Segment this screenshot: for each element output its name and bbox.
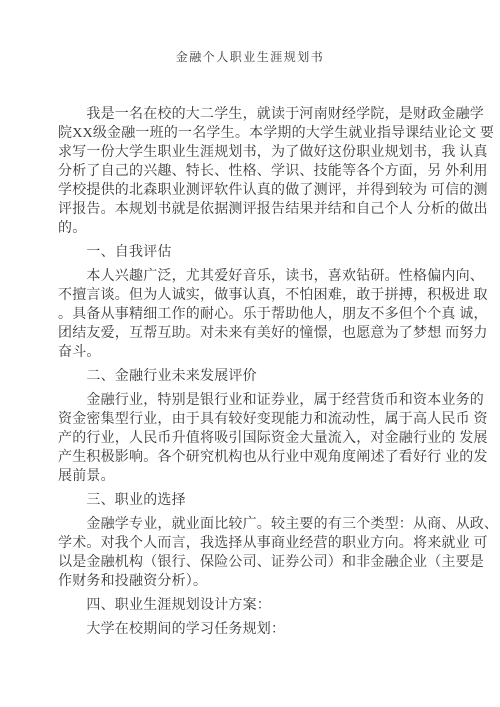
document-title: 金融个人职业生涯规划书 bbox=[0, 0, 500, 64]
intro-paragraph: 我是一名在校的大二学生，就读于河南财经学院，是财政金融学 院XX级金融一班的一名… bbox=[58, 105, 458, 238]
self-assessment-paragraph: 本人兴趣广泛，尤其爱好音乐，读书，喜欢钻研。性格偏内向、 不擅言谈。但为人诚实，… bbox=[58, 267, 458, 362]
career-choice-paragraph: 金融学专业，就业面比较广。较主要的有三个类型：从商、从政、 学术。对我个人而言，… bbox=[58, 515, 458, 591]
document-page: 金融个人职业生涯规划书 我是一名在校的大二学生，就读于河南财经学院，是财政金融学… bbox=[0, 0, 500, 707]
document-body: 我是一名在校的大二学生，就读于河南财经学院，是财政金融学 院XX级金融一班的一名… bbox=[58, 105, 458, 639]
section-heading-career-choice: 三、职业的选择 bbox=[58, 491, 458, 510]
study-plan-line: 大学在校期间的学习任务规划： bbox=[58, 620, 458, 639]
section-heading-self-assessment: 一、自我评估 bbox=[58, 243, 458, 262]
industry-outlook-paragraph: 金融行业，特别是银行业和证券业，属于经营货币和资本业务的 资金密集型行业，由于具… bbox=[58, 391, 458, 486]
section-heading-industry-outlook: 二、金融行业未来发展评价 bbox=[58, 367, 458, 386]
section-heading-plan-design: 四、职业生涯规划设计方案： bbox=[58, 596, 458, 615]
